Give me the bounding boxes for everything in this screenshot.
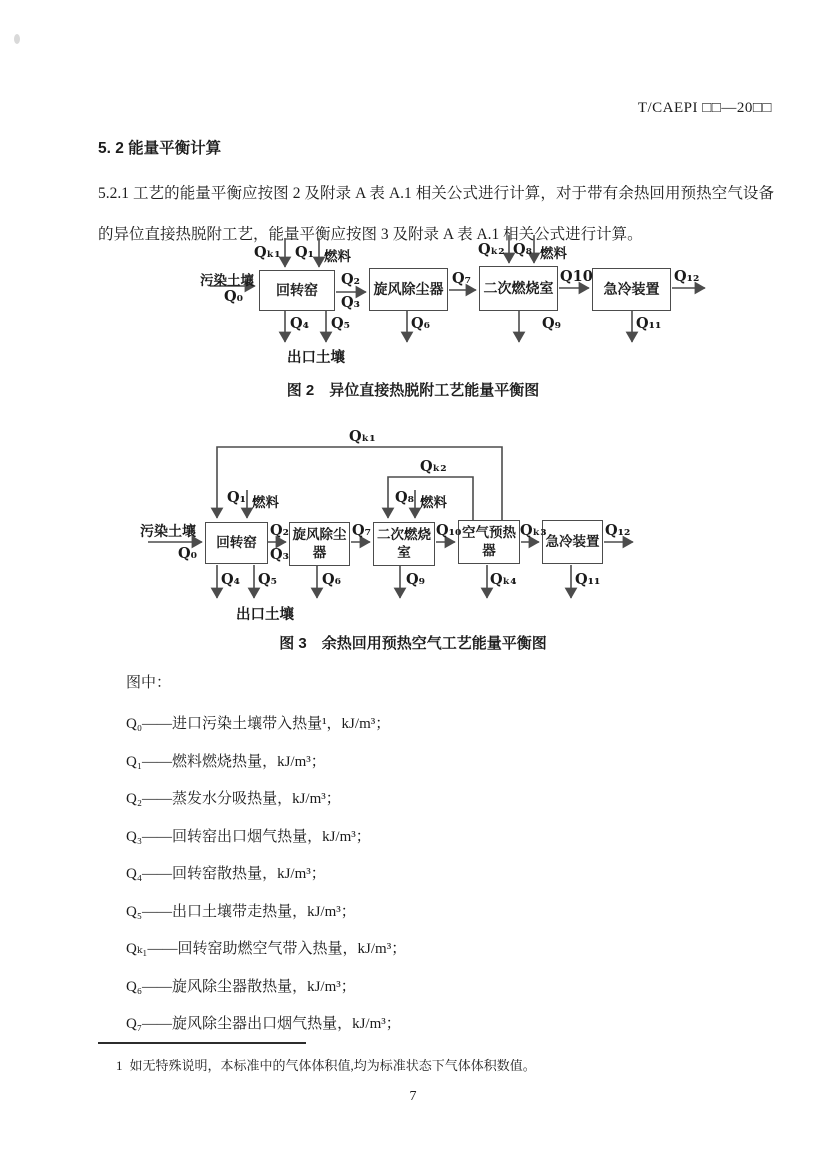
figure3-label-q1: Q₁ (227, 489, 246, 506)
figure2-label-q5: Q₅ (331, 315, 350, 332)
figure3-label-q11: Q₁₁ (575, 571, 600, 588)
figure2-label-q10: Q10 (560, 268, 593, 285)
figure2-box-secondary-combustion: 二次燃烧室 (479, 266, 558, 311)
legend-item: Q₃——回转窑出口烟气热量，kJ/m³； (126, 819, 406, 857)
figure3-label-fuel2: 燃料 (420, 491, 447, 511)
figure3-label-soil-out: 出口土壤 (236, 603, 294, 624)
figure2-box-rotary-kiln: 回转窑 (259, 270, 335, 311)
legend-item: Q₆——旋风除尘器散热量，kJ/m³； (126, 969, 406, 1007)
figure2-label-q4: Q₄ (290, 315, 309, 332)
figure2-label-q3: Q₃ (341, 294, 360, 311)
figure2-label-q11: Q₁₁ (636, 315, 661, 332)
figure3-label-q7: Q₇ (352, 522, 371, 539)
legend-item: Q₂——蒸发水分吸热量，kJ/m³； (126, 781, 406, 819)
figure3-label-q5: Q₅ (258, 571, 277, 588)
footnote-marker: 1 (116, 1058, 123, 1073)
figure2-caption: 图 2 异位直接热脱附工艺能量平衡图 (0, 379, 826, 400)
figure2-label-q2: Q₂ (341, 271, 360, 288)
legend-list: Q₀——进口污染土壤带入热量¹，kJ/m³； Q₁——燃料燃烧热量，kJ/m³；… (126, 706, 406, 1044)
figure2-box-quench: 急冷装置 (592, 268, 671, 311)
figure3-caption: 图 3 余热回用预热空气工艺能量平衡图 (0, 632, 826, 653)
figure3-label-q2: Q₂ (270, 522, 289, 539)
legend-intro: 图中： (126, 671, 171, 692)
figure3-label-q9: Q₉ (406, 571, 425, 588)
footnote-text: 如无特殊说明，本标准中的气体体积值,均为标准状态下气体体积数值。 (130, 1058, 536, 1073)
figure2-label-q9: Q₉ (542, 315, 561, 332)
figure3-label-q12: Q₁₂ (605, 522, 630, 539)
footnote-separator (98, 1042, 306, 1044)
figure3-box-rotary-kiln: 回转窑 (205, 522, 268, 564)
figure3-label-qk3: Qₖ₃ (520, 522, 547, 539)
figure3-label-input-soil: 污染土壤 (140, 521, 196, 541)
figure2-label-fuel2: 燃料 (540, 242, 567, 262)
scan-artifact (14, 34, 20, 44)
section-heading: 5. 2 能量平衡计算 (98, 136, 221, 158)
figure2-label-q0: Q₀ (224, 288, 243, 305)
legend-item: Q₇——旋风除尘器出口烟气热量，kJ/m³； (126, 1006, 406, 1044)
figure3-label-q3: Q₃ (270, 546, 289, 563)
legend-item: Qₖ₁——回转窑助燃空气带入热量，kJ/m³； (126, 931, 406, 969)
figure3-label-q4: Q₄ (221, 571, 240, 588)
figure3-label-q8: Q₈ (395, 489, 414, 506)
figure2-label-q1: Q₁ (295, 244, 314, 261)
figure2-label-input-soil: 污染土壤 (200, 269, 254, 289)
page-number: 7 (0, 1089, 826, 1105)
document-page: T/CAEPI □□—20□□ 5. 2 能量平衡计算 5.2.1 工艺的能量平… (0, 0, 826, 1169)
legend-item: Q₀——进口污染土壤带入热量¹，kJ/m³； (126, 706, 406, 744)
figure2-box-cyclone: 旋风除尘器 (369, 268, 448, 311)
header-doc-code: T/CAEPI □□—20□□ (638, 100, 772, 117)
figure3-label-q0: Q₀ (178, 545, 197, 562)
figure2-label-q6: Q₆ (411, 315, 430, 332)
figure3-label-q6: Q₆ (322, 571, 341, 588)
figure3-box-air-preheater: 空气预热器 (458, 520, 520, 564)
figure3-label-qk2: Qₖ₂ (420, 458, 447, 475)
figure3-flow-diagram: 回转窑 旋风除尘器 二次燃烧室 空气预热器 急冷装置 Qₖ₁ Qₖ₂ Q₁ 燃料… (0, 428, 826, 628)
legend-item: Q₅——出口土壤带走热量，kJ/m³； (126, 894, 406, 932)
footnote: 1如无特殊说明，本标准中的气体体积值,均为标准状态下气体体积数值。 (116, 1055, 536, 1074)
figure3-label-fuel1: 燃料 (252, 491, 279, 511)
figure2-label-qk1: Qₖ₁ (254, 244, 281, 261)
figure2-label-q7: Q₇ (452, 270, 471, 287)
figure3-box-cyclone: 旋风除尘器 (289, 522, 350, 566)
figure2-label-soil-out: 出口土壤 (287, 346, 345, 367)
figure3-label-q10: Q₁₀ (436, 522, 461, 539)
figure2-label-fuel1: 燃料 (324, 245, 351, 265)
figure3-box-quench: 急冷装置 (542, 520, 603, 564)
figure3-label-qk1: Qₖ₁ (349, 428, 376, 445)
figure2-label-q12: Q₁₂ (674, 268, 699, 285)
figure3-label-qk4: Qₖ₄ (490, 571, 517, 588)
figure2-label-q8: Q₈ (513, 241, 532, 258)
legend-item: Q₁——燃料燃烧热量，kJ/m³； (126, 744, 406, 782)
figure2-flow-diagram: 回转窑 旋风除尘器 二次燃烧室 急冷装置 污染土壤 Q₀ Qₖ₁ Q₁ 燃料 Q… (0, 234, 826, 369)
figure3-box-secondary-combustion: 二次燃烧室 (373, 522, 435, 566)
figure2-label-qk2: Qₖ₂ (478, 241, 505, 258)
legend-item: Q₄——回转窑散热量，kJ/m³； (126, 856, 406, 894)
